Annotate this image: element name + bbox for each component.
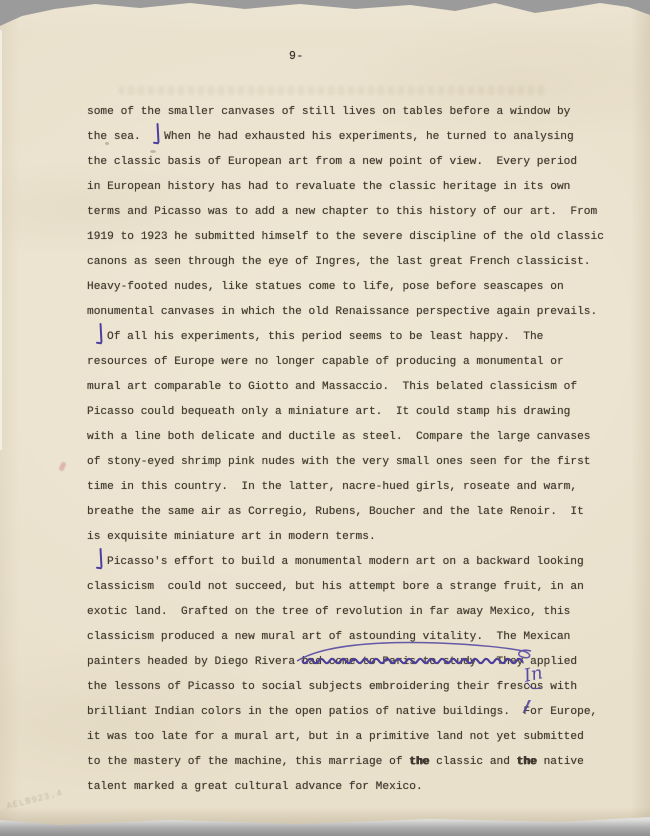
typed-line: resources of Europe were no longer capab… (87, 350, 627, 375)
typed-line: Of all his experiments, this period seem… (87, 325, 627, 350)
typed-line: brilliant Indian colors in the open pati… (87, 700, 627, 725)
typed-text: terms and Picasso was to add a new chapt… (87, 206, 597, 218)
typed-text: Of all his experiments, this period seem… (107, 331, 543, 343)
typed-line: some of the smaller canvases of still li… (87, 100, 627, 125)
typed-line: talent marked a great cultural advance f… (87, 775, 627, 800)
typed-text: resources of Europe were no longer capab… (87, 356, 564, 368)
typed-text-struck: had come to Paris to study. They (302, 656, 524, 668)
page-number: 9- (289, 50, 304, 63)
typed-line: is exquisite miniature art in modern ter… (87, 525, 627, 550)
typed-text: of stony-eyed shrimp pink nudes with the… (87, 456, 591, 468)
typed-text: with a line both delicate and ductile as… (87, 431, 591, 443)
typed-line: classicism could not succeed, but his at… (87, 575, 627, 600)
typed-text: classic and (429, 756, 516, 768)
handwritten-insertion: In (522, 662, 545, 686)
typed-line: terms and Picasso was to add a new chapt… (87, 200, 627, 225)
typed-text: Picasso's effort to build a monumental m… (107, 556, 584, 568)
typed-text: is exquisite miniature art in modern ter… (87, 531, 376, 543)
typed-line: monumental canvases in which the old Ren… (87, 300, 627, 325)
typed-text: brilliant Indian colors in the open pati… (87, 706, 523, 718)
typed-line: the classic basis of European art from a… (87, 150, 627, 175)
typed-text-overstruck: the (409, 756, 429, 768)
typed-text: in European history has had to revaluate… (87, 181, 570, 193)
scan-background: 9- some of the smaller canvases of still… (0, 0, 650, 836)
typed-line: to the mastery of the machine, this marr… (87, 750, 627, 775)
typed-text: time in this country. In the latter, nac… (87, 481, 577, 493)
paper-edge-highlight (0, 30, 2, 450)
typed-text: breathe the same air as Corregio, Rubens… (87, 506, 584, 518)
typed-line: with a line both delicate and ductile as… (87, 425, 627, 450)
typed-line: Picasso's effort to build a monumental m… (87, 550, 627, 575)
ink-ghost-smudge (118, 86, 548, 95)
corner-note: AELB923.4 (6, 788, 64, 812)
typed-line: mural art comparable to Giotto and Massa… (87, 375, 627, 400)
typed-line: the lessons of Picasso to social subject… (87, 675, 627, 700)
typed-line: painters headed by Diego Rivera had come… (87, 650, 627, 675)
typed-text: the sea. (87, 131, 154, 143)
typed-text: or Europe, (530, 706, 597, 718)
typed-text: classicism produced a new mural art of a… (87, 631, 570, 643)
typed-line: canons as seen through the eye of Ingres… (87, 250, 627, 275)
paragraph-ink-mark (154, 125, 162, 143)
typed-text: talent marked a great cultural advance f… (87, 781, 423, 793)
typed-text: classicism could not succeed, but his at… (87, 581, 584, 593)
typed-line: in European history has had to revaluate… (87, 175, 627, 200)
typed-text: mural art comparable to Giotto and Massa… (87, 381, 577, 393)
typed-line: Picasso could bequeath only a miniature … (87, 400, 627, 425)
typed-text: Picasso could bequeath only a miniature … (87, 406, 570, 418)
typed-text: painters headed by Diego Rivera (87, 656, 302, 668)
typed-text: the lessons of Picasso to social subject… (87, 681, 577, 693)
typed-text: Heavy-footed nudes, like statues come to… (87, 281, 564, 293)
paragraph-ink-mark (97, 325, 105, 343)
typed-line: exotic land. Grafted on the tree of revo… (87, 600, 627, 625)
typed-text: monumental canvases in which the old Ren… (87, 306, 597, 318)
typed-text: some of the smaller canvases of still li… (87, 106, 570, 118)
typed-text: canons as seen through the eye of Ingres… (87, 256, 591, 268)
manuscript-page: 9- some of the smaller canvases of still… (0, 0, 650, 836)
typed-text: exotic land. Grafted on the tree of revo… (87, 606, 570, 618)
typed-line: of stony-eyed shrimp pink nudes with the… (87, 450, 627, 475)
typed-text-letter-struck: F (523, 700, 530, 725)
typed-text-overstruck: the (517, 756, 537, 768)
typed-line: the sea. When he had exhausted his exper… (87, 125, 627, 150)
typed-line: breathe the same air as Corregio, Rubens… (87, 500, 627, 525)
typed-text: it was too late for a mural art, but in … (87, 731, 584, 743)
typed-line: 1919 to 1923 he submitted himself to the… (87, 225, 627, 250)
typed-text: the classic basis of European art from a… (87, 156, 577, 168)
typed-line: Heavy-footed nudes, like statues come to… (87, 275, 627, 300)
typed-text: 1919 to 1923 he submitted himself to the… (87, 231, 604, 243)
typed-text: native (537, 756, 584, 768)
typed-text: to the mastery of the machine, this marr… (87, 756, 409, 768)
typed-line: classicism produced a new mural art of a… (87, 625, 627, 650)
typed-text: When he had exhausted his experiments, h… (164, 131, 574, 143)
paragraph-ink-mark (97, 550, 105, 568)
red-ink-speck (58, 461, 66, 471)
text-block: some of the smaller canvases of still li… (87, 100, 627, 800)
typed-line: time in this country. In the latter, nac… (87, 475, 627, 500)
typed-line: it was too late for a mural art, but in … (87, 725, 627, 750)
